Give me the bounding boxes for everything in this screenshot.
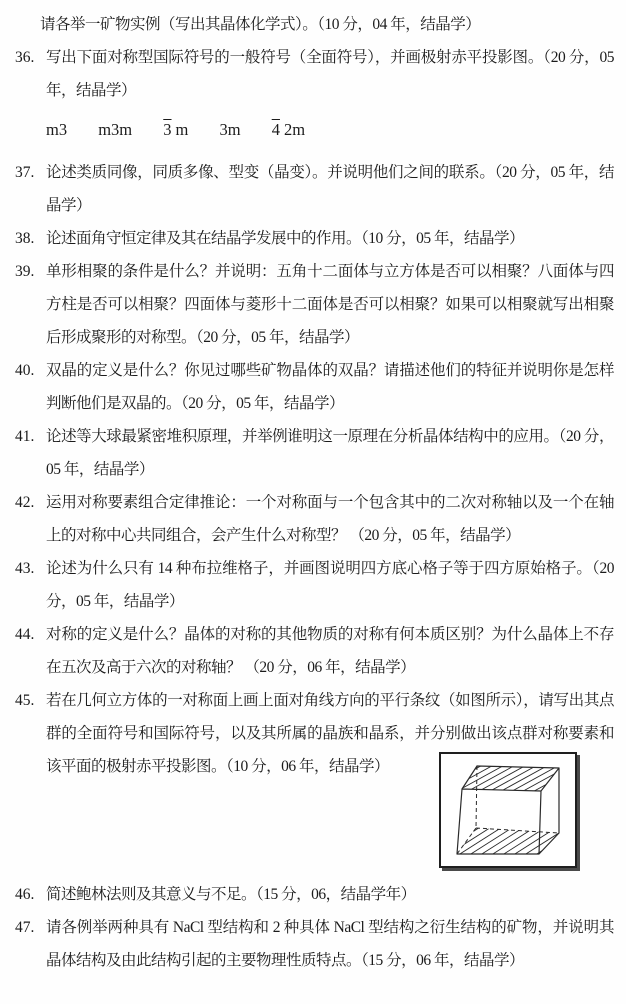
question-text: 论述等大球最紧密堆积原理，并举例谁明这一原理在分析晶体结构中的应用。（20 分，… [46,420,614,486]
symbol-4bar-2m: 42m [272,120,305,139]
question-43: 43. 论述为什么只有 14 种布拉维格子，并画图说明四方底心格子等于四方原始格… [15,552,614,618]
symbol-3m: 3m [219,120,240,139]
question-47: 47. 请各例举两种具有 NaCl 型结构和 2 种具体 NaCl 型结构之衍生… [15,911,614,977]
question-number: 42. [15,486,34,519]
question-text: 简述鲍林法则及其意义与不足。（15 分，06，结晶学年） [46,878,614,911]
symbol-m3: m3 [46,120,67,139]
overbar-digit: 3 [163,120,171,139]
question-text: 论述类质同像，同质多像、型变（晶变）。并说明他们之间的联系。（20 分，05 年… [46,156,614,222]
symbol-m3m: m3m [98,120,132,139]
cube-wireframe-svg [441,754,575,866]
question-number: 43. [15,552,34,585]
question-44: 44. 对称的定义是什么？晶体的对称的其他物质的对称有何本质区别？为什么晶体上不… [15,618,614,684]
question-text: 请各例举两种具有 NaCl 型结构和 2 种具体 NaCl 型结构之衍生结构的矿… [46,911,614,977]
question-text: 论述为什么只有 14 种布拉维格子，并画图说明四方底心格子等于四方原始格子。（2… [46,552,614,618]
question-number: 44. [15,618,34,651]
question-40: 40. 双晶的定义是什么？你见过哪些矿物晶体的双晶？请描述他们的特征并说明你是怎… [15,354,614,420]
striped-cube-figure [439,752,577,868]
question-number: 41. [15,420,34,453]
question-number: 39. [15,255,34,288]
question-text: 写出下面对称型国际符号的一般符号（全面符号），并画极射赤平投影图。（20 分，0… [46,41,614,107]
question-number: 46. [15,878,34,911]
symmetry-symbols-row: m3 m3m 3m 3m 42m [15,113,614,146]
question-37: 37. 论述类质同像，同质多像、型变（晶变）。并说明他们之间的联系。（20 分，… [15,156,614,222]
question-38: 38. 论述面角守恒定律及其在结晶学发展中的作用。（10 分，05 年，结晶学） [15,222,614,255]
overbar-digit: 4 [272,120,280,139]
question-number: 45. [15,684,34,717]
question-text: 单形相聚的条件是什么？并说明：五角十二面体与立方体是否可以相聚？八面体与四方柱是… [46,255,614,354]
question-text: 若在几何立方体的一对称面上画上面对角线方向的平行条纹（如图所示），请写出其点群的… [46,684,614,783]
exam-document-page: 请各举一矿物实例（写出其晶体化学式）。（10 分，04 年，结晶学） 36. 写… [0,0,626,1004]
question-number: 36. [15,41,34,74]
question-number: 37. [15,156,34,189]
question-text: 运用对称要素组合定律推论：一个对称面与一个包含其中的二次对称轴以及一个在轴上的对… [46,486,614,552]
question-39: 39. 单形相聚的条件是什么？并说明：五角十二面体与立方体是否可以相聚？八面体与… [15,255,614,354]
question-number: 38. [15,222,34,255]
question-number: 47. [15,911,34,944]
question-45: 45. 若在几何立方体的一对称面上画上面对角线方向的平行条纹（如图所示），请写出… [15,684,614,783]
question-46: 46. 简述鲍林法则及其意义与不足。（15 分，06，结晶学年） [15,878,614,911]
question-text: 双晶的定义是什么？你见过哪些矿物晶体的双晶？请描述他们的特征并说明你是怎样判断他… [46,354,614,420]
question-continuation-line: 请各举一矿物实例（写出其晶体化学式）。（10 分，04 年，结晶学） [15,8,614,41]
symbol-3bar-m: 3m [163,120,188,139]
question-number: 40. [15,354,34,387]
question-36: 36. 写出下面对称型国际符号的一般符号（全面符号），并画极射赤平投影图。（20… [15,41,614,107]
question-text: 论述面角守恒定律及其在结晶学发展中的作用。（10 分，05 年，结晶学） [46,222,614,255]
question-text: 对称的定义是什么？晶体的对称的其他物质的对称有何本质区别？为什么晶体上不存在五次… [46,618,614,684]
question-42: 42. 运用对称要素组合定律推论：一个对称面与一个包含其中的二次对称轴以及一个在… [15,486,614,552]
question-41: 41. 论述等大球最紧密堆积原理，并举例谁明这一原理在分析晶体结构中的应用。（2… [15,420,614,486]
question-text-after-figure: 平面的极射赤平投影图。（10 分，06 年，结晶学） [61,758,389,775]
